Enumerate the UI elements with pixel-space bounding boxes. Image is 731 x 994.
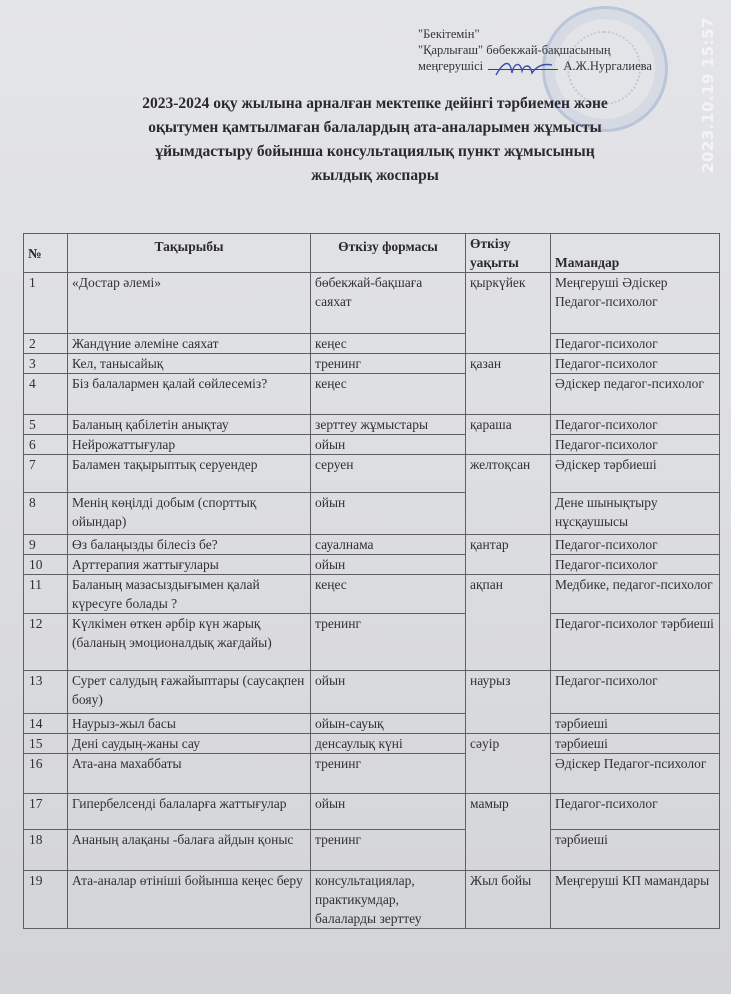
table-header-row: № Тақырыбы Өткізу формасы Өткізу уақыты … <box>24 234 720 273</box>
cell-form: кеңес <box>311 334 466 354</box>
table-row: 12Күлкімен өткен әрбір күн жарық (баланы… <box>24 614 720 671</box>
header-form: Өткізу формасы <box>311 234 466 273</box>
table-row: 9Өз балаңызды білесіз бе?сауалнамақантар… <box>24 535 720 555</box>
cell-month: Жыл бойы <box>466 871 551 929</box>
table-row: 10Арттерапия жаттығуларыойынПедагог-псих… <box>24 555 720 575</box>
header-time: Өткізу уақыты <box>466 234 551 273</box>
cell-specialists: тәрбиеші <box>551 734 720 754</box>
cell-form: ойын <box>311 671 466 714</box>
cell-number: 11 <box>24 575 68 614</box>
cell-topic: Баламен тақырыптық серуендер <box>68 455 311 493</box>
document-title: 2023-2024 оқу жылына арналған мектепке д… <box>95 92 655 188</box>
cell-specialists: Дене шынықтыру нұсқаушысы <box>551 493 720 535</box>
cell-topic: Арттерапия жаттығулары <box>68 555 311 575</box>
table-row: 15Дені саудың-жаны сауденсаулық күнісәуі… <box>24 734 720 754</box>
table-row: 14Наурыз-жыл басыойын-сауықтәрбиеші <box>24 714 720 734</box>
cell-specialists: тәрбиеші <box>551 714 720 734</box>
cell-specialists: Әдіскер педагог-психолог <box>551 374 720 415</box>
cell-form: ойын-сауық <box>311 714 466 734</box>
cell-number: 6 <box>24 435 68 455</box>
cell-number: 1 <box>24 273 68 334</box>
cell-month: мамыр <box>466 794 551 871</box>
cell-topic: Гипербелсенді балаларға жаттығулар <box>68 794 311 830</box>
cell-form: тренинг <box>311 354 466 374</box>
cell-form: консультациялар, практикумдар, балаларды… <box>311 871 466 929</box>
approval-block: "Бекітемін" "Қарлығаш" бөбекжай-бақшасын… <box>418 26 652 74</box>
cell-topic: Наурыз-жыл басы <box>68 714 311 734</box>
cell-topic: Баланың мазасыздығымен қалай күресуге бо… <box>68 575 311 614</box>
cell-form: тренинг <box>311 754 466 794</box>
cell-number: 14 <box>24 714 68 734</box>
cell-form: кеңес <box>311 575 466 614</box>
cell-specialists: Педагог-психолог <box>551 334 720 354</box>
cell-form: ойын <box>311 493 466 535</box>
cell-month: наурыз <box>466 671 551 734</box>
cell-number: 9 <box>24 535 68 555</box>
table-body: 1«Достар әлемі»бөбекжай-бақшаға саяхатқы… <box>24 273 720 929</box>
cell-form: тренинг <box>311 614 466 671</box>
cell-form: денсаулық күні <box>311 734 466 754</box>
cell-topic: Нейрожаттығулар <box>68 435 311 455</box>
cell-number: 4 <box>24 374 68 415</box>
cell-specialists: Медбике, педагог-психолог <box>551 575 720 614</box>
cell-form: ойын <box>311 555 466 575</box>
cell-number: 10 <box>24 555 68 575</box>
cell-topic: Біз балалармен қалай сөйлесеміз? <box>68 374 311 415</box>
cell-specialists: тәрбиеші <box>551 830 720 871</box>
header-number: № <box>24 234 68 273</box>
cell-specialists: Педагог-психолог <box>551 535 720 555</box>
table-row: 8Менің көңілді добым (спорттық ойындар)о… <box>24 493 720 535</box>
cell-form: сауалнама <box>311 535 466 555</box>
cell-month: қараша <box>466 415 551 455</box>
table-row: 5Баланың қабілетін анықтаузерттеу жұмыст… <box>24 415 720 435</box>
table-row: 17 Гипербелсенді балаларға жаттығуларойы… <box>24 794 720 830</box>
cell-month: қантар <box>466 535 551 575</box>
approval-name: А.Ж.Нургалиева <box>563 59 652 73</box>
cell-form: ойын <box>311 435 466 455</box>
approval-signatory: меңгерушісі А.Ж.Нургалиева <box>418 58 652 74</box>
cell-topic: Ата-аналар өтініші бойынша кеңес беру <box>68 871 311 929</box>
cell-specialists: Педагог-психолог <box>551 354 720 374</box>
cell-number: 12 <box>24 614 68 671</box>
table-row: 4Біз балалармен қалай сөйлесеміз?кеңесӘд… <box>24 374 720 415</box>
table-row: 2Жандүние әлеміне саяхаткеңесПедагог-пси… <box>24 334 720 354</box>
table-row: 1«Достар әлемі»бөбекжай-бақшаға саяхатқы… <box>24 273 720 334</box>
annual-plan-table: № Тақырыбы Өткізу формасы Өткізу уақыты … <box>23 233 720 929</box>
cell-number: 18 <box>24 830 68 871</box>
cell-topic: Жандүние әлеміне саяхат <box>68 334 311 354</box>
cell-specialists: Әдіскер тәрбиеші <box>551 455 720 493</box>
cell-number: 5 <box>24 415 68 435</box>
cell-specialists: Педагог-психолог <box>551 794 720 830</box>
table-row: 16Ата-ана махаббатытренингӘдіскер Педаго… <box>24 754 720 794</box>
cell-topic: Дені саудың-жаны сау <box>68 734 311 754</box>
cell-specialists: Педагог-психолог <box>551 415 720 435</box>
table-row: 11Баланың мазасыздығымен қалай күресуге … <box>24 575 720 614</box>
cell-number: 7 <box>24 455 68 493</box>
cell-month: желтоқсан <box>466 455 551 535</box>
cell-number: 13 <box>24 671 68 714</box>
cell-specialists: Педагог-психолог <box>551 555 720 575</box>
cell-month: сәуір <box>466 734 551 794</box>
approval-position: меңгерушісі <box>418 59 483 73</box>
cell-month: ақпан <box>466 575 551 671</box>
signature <box>488 69 558 70</box>
cell-number: 3 <box>24 354 68 374</box>
cell-form: серуен <box>311 455 466 493</box>
cell-form: кеңес <box>311 374 466 415</box>
cell-specialists: Меңгеруші КП мамандары <box>551 871 720 929</box>
cell-specialists: Әдіскер Педагог-психолог <box>551 754 720 794</box>
table-row: 19Ата-аналар өтініші бойынша кеңес берук… <box>24 871 720 929</box>
cell-number: 19 <box>24 871 68 929</box>
cell-month: қазан <box>466 354 551 415</box>
cell-number: 2 <box>24 334 68 354</box>
cell-topic: «Достар әлемі» <box>68 273 311 334</box>
cell-specialists: Педагог-психолог <box>551 435 720 455</box>
cell-form: тренинг <box>311 830 466 871</box>
table-row: 6НейрожаттығуларойынПедагог-психолог <box>24 435 720 455</box>
table-row: 13Сурет салудың ғажайыптары (саусақпен б… <box>24 671 720 714</box>
cell-specialists: Меңгеруші Әдіскер Педагог-психолог <box>551 273 720 334</box>
table-row: 18Ананың алақаны -балаға айдын қоныстрен… <box>24 830 720 871</box>
photo-timestamp: 2023.10.19 15:57 <box>693 10 723 180</box>
cell-month: қыркүйек <box>466 273 551 354</box>
cell-form: бөбекжай-бақшаға саяхат <box>311 273 466 334</box>
cell-topic: Баланың қабілетін анықтау <box>68 415 311 435</box>
cell-topic: Кел, танысайық <box>68 354 311 374</box>
cell-form: зерттеу жұмыстары <box>311 415 466 435</box>
cell-topic: Күлкімен өткен әрбір күн жарық (баланың … <box>68 614 311 671</box>
cell-number: 17 <box>24 794 68 830</box>
header-topic: Тақырыбы <box>68 234 311 273</box>
cell-form: ойын <box>311 794 466 830</box>
cell-topic: Менің көңілді добым (спорттық ойындар) <box>68 493 311 535</box>
cell-topic: Ананың алақаны -балаға айдын қоныс <box>68 830 311 871</box>
cell-number: 16 <box>24 754 68 794</box>
cell-number: 15 <box>24 734 68 754</box>
table-row: 7Баламен тақырыптық серуендерсеруенжелто… <box>24 455 720 493</box>
cell-specialists: Педагог-психолог тәрбиеші <box>551 614 720 671</box>
approval-organization: "Қарлығаш" бөбекжай-бақшасының <box>418 42 652 58</box>
cell-specialists: Педагог-психолог <box>551 671 720 714</box>
signature-scribble-icon <box>494 57 554 79</box>
cell-number: 8 <box>24 493 68 535</box>
cell-topic: Өз балаңызды білесіз бе? <box>68 535 311 555</box>
header-specialists: Мамандар <box>551 234 720 273</box>
approval-heading: "Бекітемін" <box>418 26 652 42</box>
cell-topic: Сурет салудың ғажайыптары (саусақпен боя… <box>68 671 311 714</box>
cell-topic: Ата-ана махаббаты <box>68 754 311 794</box>
table-row: 3Кел, танысайықтренингқазанПедагог-психо… <box>24 354 720 374</box>
